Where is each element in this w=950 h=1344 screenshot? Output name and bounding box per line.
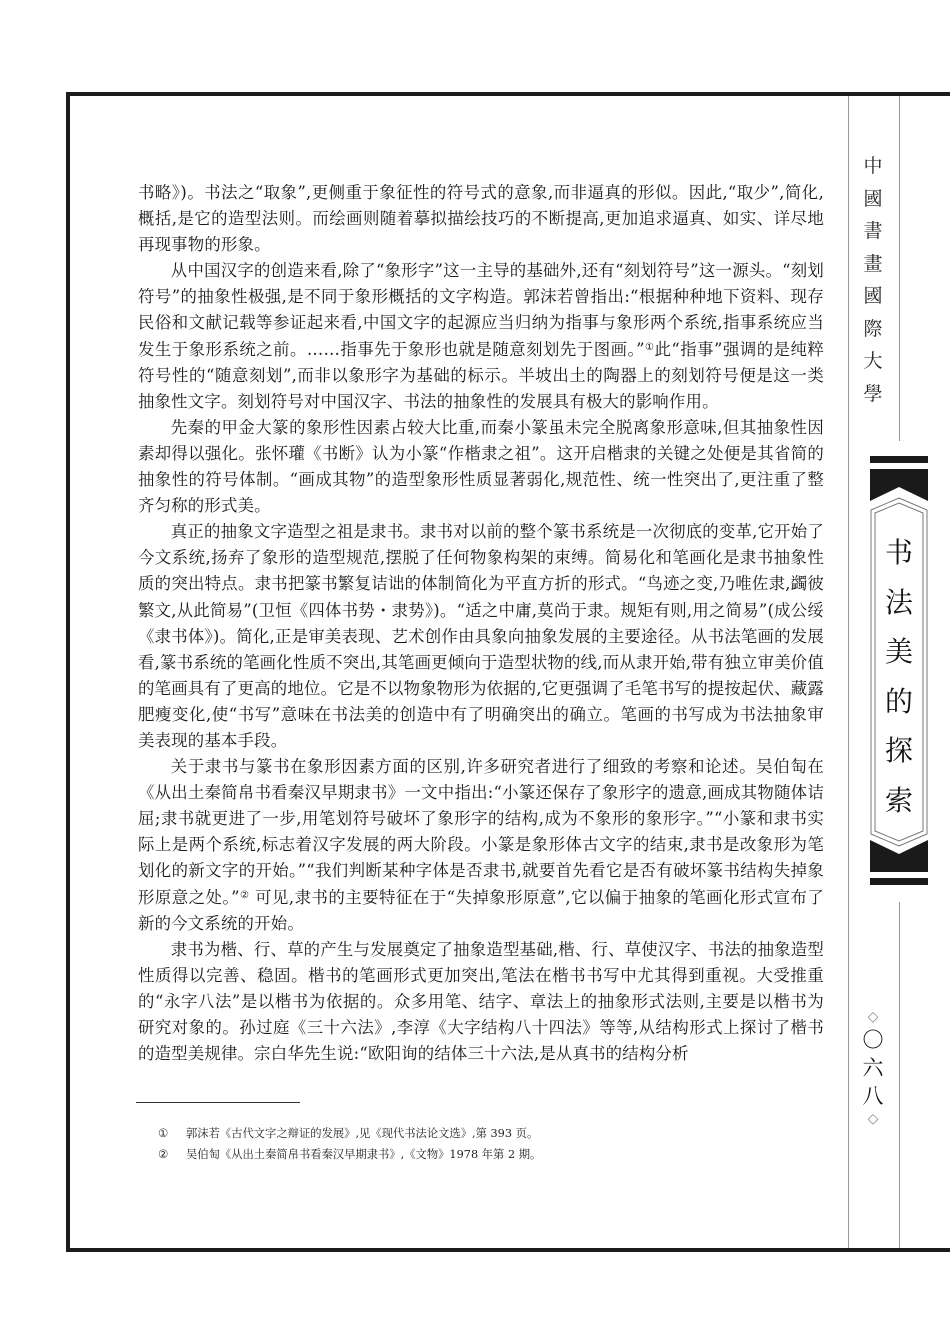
diamond-icon: ◇ xyxy=(868,1110,879,1128)
school-name-char: 國 xyxy=(863,280,882,313)
paragraph: 隶书为楷、行、草的产生与发展奠定了抽象造型基础,楷、行、草使汉字、书法的抽象造型… xyxy=(138,937,824,1067)
book-title-char: 法 xyxy=(885,578,913,628)
page-frame-bottom-border xyxy=(66,1248,950,1252)
banner-top-bar xyxy=(870,456,928,463)
book-title-char: 书 xyxy=(885,528,913,578)
page-frame-left-border xyxy=(66,92,70,1252)
book-title-char: 索 xyxy=(885,776,913,826)
paragraph: 真正的抽象文字造型之祖是隶书。隶书对以前的整个篆书系统是一次彻底的变革,它开始了… xyxy=(138,519,824,754)
footnote-separator xyxy=(136,1102,300,1103)
footnote: ② 吴伯匋《从出土秦简帛书看秦汉早期隶书》,《文物》1978 年第 2 期。 xyxy=(158,1144,758,1165)
body-text: 书略》)。书法之“取象”,更侧重于象征性的符号式的意象,而非逼真的形似。因此,“… xyxy=(138,180,824,1067)
book-title-banner: 书 法 美 的 探 索 xyxy=(870,456,928,886)
page-number-digit: 八 xyxy=(863,1082,884,1110)
paragraph: 先秦的甲金大篆的象形性因素占较大比重,而秦小篆虽未完全脱离象形意味,但其抽象性因… xyxy=(138,415,824,519)
paragraph: 书略》)。书法之“取象”,更侧重于象征性的符号式的意象,而非逼真的形似。因此,“… xyxy=(138,180,824,258)
footnote: ① 郭沫若《古代文字之辩证的发展》,见《现代书法论文选》,第 393 页。 xyxy=(158,1123,758,1144)
book-title-char: 探 xyxy=(885,726,913,776)
book-title: 书 法 美 的 探 索 xyxy=(870,528,928,825)
paragraph-text: 关于隶书与篆书在象形因素方面的区别,许多研究者进行了细致的考察和论述。吴伯匋在《… xyxy=(138,757,824,906)
page-number-digit: 〇 xyxy=(863,1026,884,1054)
paragraph: 关于隶书与篆书在象形因素方面的区别,许多研究者进行了细致的考察和论述。吴伯匋在《… xyxy=(138,754,824,937)
footnote-ref[interactable]: ② xyxy=(240,890,250,901)
banner-bottom-chevron-block xyxy=(870,840,928,872)
school-name-char: 書 xyxy=(863,215,882,248)
book-title-char: 美 xyxy=(885,627,913,677)
footnote-mark: ① xyxy=(158,1123,186,1144)
page-number: ◇ 〇 六 八 ◇ xyxy=(858,1008,888,1128)
diamond-icon: ◇ xyxy=(868,1008,879,1026)
sidebar-school-name: 中 國 書 畫 國 際 大 學 xyxy=(858,150,888,410)
footnote-text: 郭沫若《古代文字之辩证的发展》,见《现代书法论文选》,第 393 页。 xyxy=(186,1123,538,1144)
paragraph: 从中国汉字的创造来看,除了“象形字”这一主导的基础外,还有“刻划符号”这一源头。… xyxy=(138,258,824,415)
school-name-char: 中 xyxy=(863,150,882,183)
sidebar-inner-line-bottom xyxy=(899,902,900,1248)
sidebar-divider-line xyxy=(848,96,849,1248)
school-name-char: 畫 xyxy=(863,248,882,281)
school-name-char: 際 xyxy=(863,313,882,346)
footnote-ref[interactable]: ① xyxy=(645,342,655,353)
footnote-text: 吴伯匋《从出土秦简帛书看秦汉早期隶书》,《文物》1978 年第 2 期。 xyxy=(186,1144,541,1165)
banner-bottom-bar xyxy=(870,878,928,885)
school-name-char: 國 xyxy=(863,183,882,216)
book-title-char: 的 xyxy=(885,677,913,727)
page-number-digit: 六 xyxy=(863,1054,884,1082)
footnotes: ① 郭沫若《古代文字之辩证的发展》,见《现代书法论文选》,第 393 页。 ② … xyxy=(158,1123,758,1165)
school-name-char: 學 xyxy=(863,378,882,411)
sidebar-inner-line-top xyxy=(899,96,900,441)
page-frame-top-border xyxy=(66,92,950,96)
school-name-char: 大 xyxy=(863,345,882,378)
footnote-mark: ② xyxy=(158,1144,186,1165)
